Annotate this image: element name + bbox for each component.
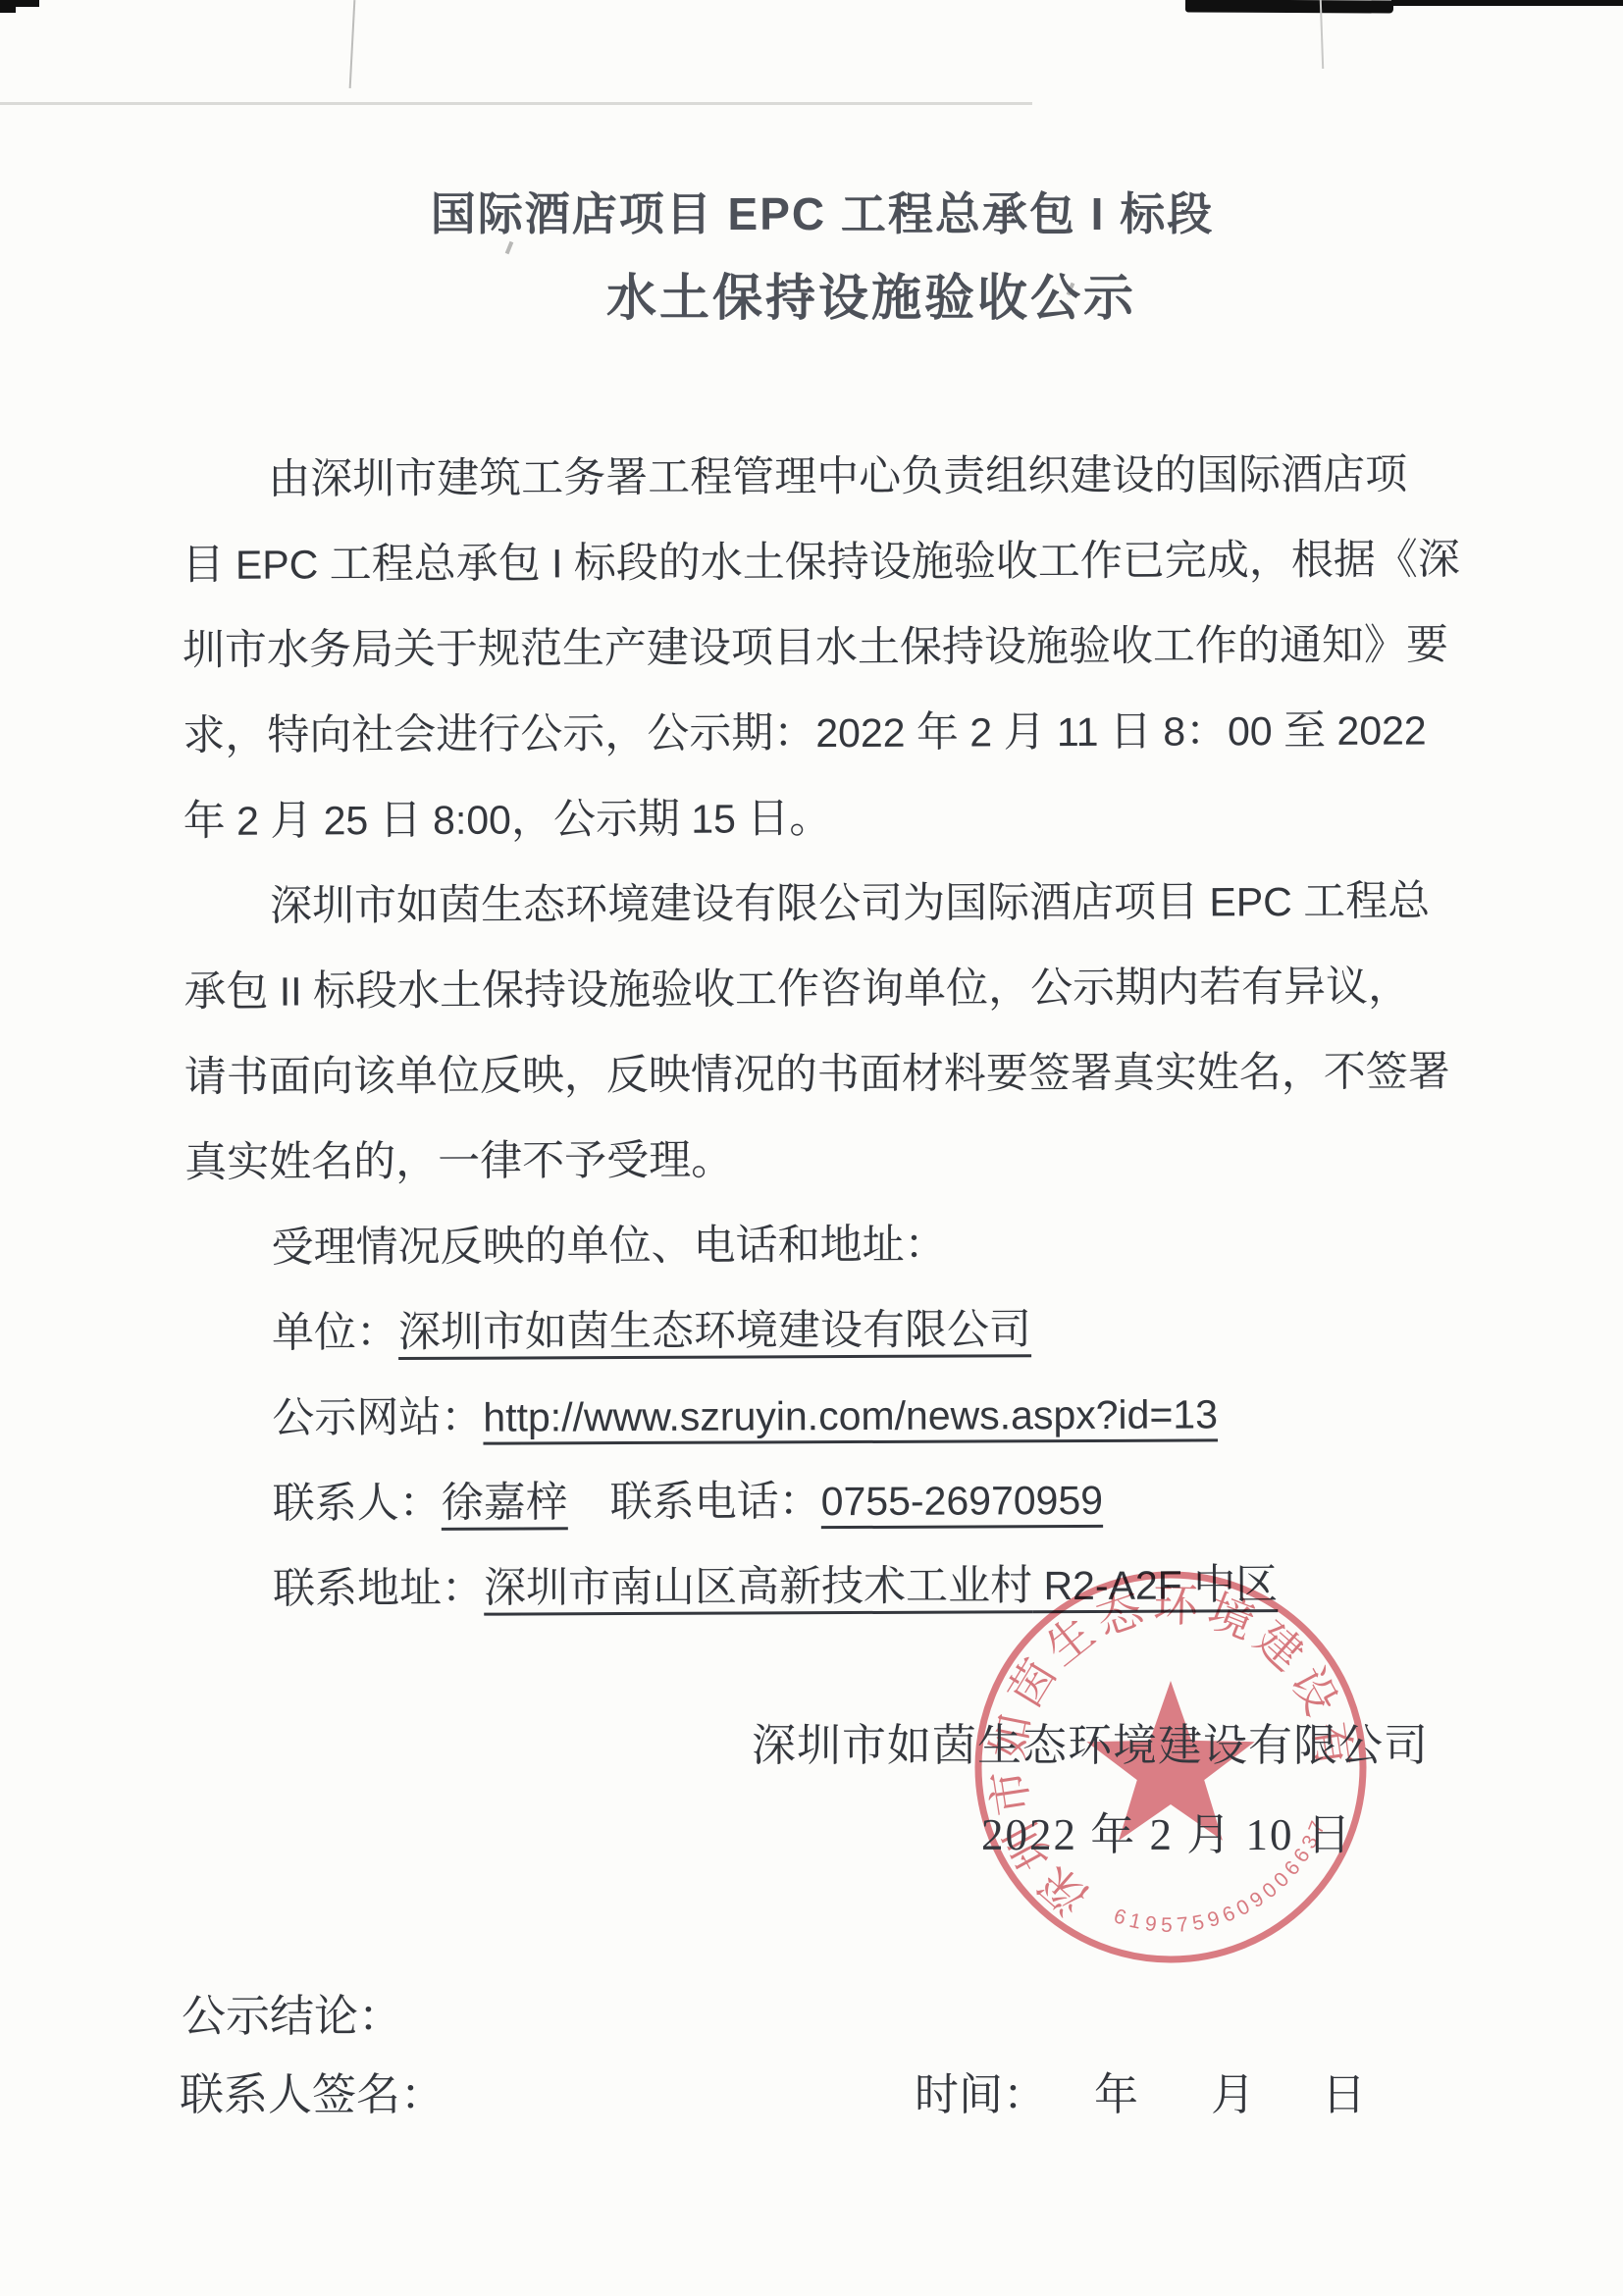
time-unit-month: 月	[1211, 2070, 1255, 2119]
text-segment: 联系地址：	[273, 1566, 484, 1613]
text-segment: 求，特向社会进行公示，公示期：2022 年 2 月 11 日 8：00 至 20…	[183, 707, 1427, 759]
contact-website: 公示网站：http://www.szruyin.com/news.aspx?id…	[185, 1371, 1473, 1462]
time-unit-year: 年	[1094, 2070, 1138, 2119]
scanned-notice-page: 国际酒店项目 EPC 工程总承包 I 标段 水土保持设施验收公示 由深圳市建筑工…	[0, 0, 1623, 2296]
text-segment: 承包 II 标段水土保持设施验收工作咨询单位，公示期内若有异议，	[183, 965, 1410, 1016]
signature-date: 2022 年 2 月 10 日	[981, 1799, 1353, 1862]
scan-gray-line	[0, 102, 1032, 105]
latin-text: 8	[1152, 709, 1185, 755]
conclusion-label: 公示结论：	[182, 1980, 402, 2044]
para1-line4: 求，特向社会进行公示，公示期：2022 年 2 月 11 日 8：00 至 20…	[183, 688, 1470, 779]
latin-text: 0755-26970959	[821, 1478, 1103, 1524]
latin-text: EPC	[224, 542, 329, 587]
scan-artifact-top-left-corner	[0, 0, 16, 13]
latin-text: II	[268, 968, 313, 1014]
para2-line4: 真实姓名的，一律不予受理。	[184, 1115, 1472, 1206]
para2-line2: 承包 II 标段水土保持设施验收工作咨询单位，公示期内若有异议，	[183, 944, 1471, 1035]
latin-text: 00	[1228, 708, 1283, 754]
para1-line3: 圳市水务局关于规范生产建设项目水土保持设施验收工作的通知》要	[183, 602, 1470, 694]
latin-text: 2	[959, 709, 1004, 755]
text-segment: 由深圳市建筑工务署工程管理中心负责组织建设的国际酒店项	[268, 452, 1407, 503]
para1-line5: 年 2 月 25 日 8:00，公示期 15 日。	[183, 773, 1471, 864]
signature-company: 深圳市如茵生态环境建设有限公司	[752, 1709, 1429, 1773]
text-segment: 深圳市如茵生态环境建设有限公司为国际酒店项目 EPC 工程总	[270, 878, 1430, 929]
contact-intro: 受理情况反映的单位、电话和地址：	[184, 1200, 1472, 1291]
text-segment: 真实姓名的，一律不予受理。	[184, 1138, 733, 1186]
signer-label: 联系人签名：	[180, 2059, 445, 2122]
text-segment: 公示网站：	[272, 1395, 483, 1442]
text-segment: 圳市水务局关于规范生产建设项目水土保持设施验收工作的通知》要	[183, 622, 1448, 674]
latin-text: 25	[312, 798, 380, 843]
latin-text: 8:00	[422, 798, 511, 843]
document-body: 由深圳市建筑工务署工程管理中心负责组织建设的国际酒店项目 EPC 工程总承包 I…	[182, 432, 1474, 1633]
text-segment: 受理情况反映的单位、电话和地址：	[272, 1223, 947, 1272]
text-segment: 联系人：	[273, 1481, 442, 1528]
notice-title-line1: 国际酒店项目 EPC 工程总承包 I 标段	[0, 179, 1623, 243]
text-segment: 目 EPC 工程总承包 I 标段的水土保持设施验收工作已完成，根据《深	[182, 537, 1459, 589]
company-name-value: 深圳市如茵生态环境建设有限公司	[398, 1307, 1031, 1356]
para2-line3: 请书面向该单位反映，反映情况的书面材料要签署真实姓名，不签署	[184, 1029, 1472, 1121]
time-unit-day: 日	[1322, 2070, 1366, 2119]
contact-company: 单位：深圳市如茵生态环境建设有限公司	[185, 1285, 1473, 1377]
latin-text: 2022	[815, 710, 916, 756]
time-label: 时间：	[915, 2070, 1047, 2119]
text-segment: 联系电话：	[568, 1479, 821, 1526]
latin-text: 2022	[1326, 707, 1427, 753]
contact-person-value: 徐嘉梓	[442, 1480, 568, 1527]
latin-text: 2	[226, 799, 271, 844]
latin-text: 11	[1045, 709, 1110, 755]
latin-text: http://www.szruyin.com/news.aspx?id=13	[483, 1391, 1218, 1439]
website-url-value: http://www.szruyin.com/news.aspx?id=13	[483, 1391, 1218, 1440]
time-fields: 时间：年月日	[915, 2059, 1366, 2122]
latin-text: 15	[680, 796, 748, 841]
para1-line1: 由深圳市建筑工务署工程管理中心负责组织建设的国际酒店项	[182, 432, 1469, 523]
scan-artifact-top-right-bar	[1391, 0, 1623, 6]
text-segment: 请书面向该单位反映，反映情况的书面材料要签署真实姓名，不签署	[184, 1049, 1450, 1101]
scan-hairline-left	[349, 0, 356, 88]
para1-line2: 目 EPC 工程总承包 I 标段的水土保持设施验收工作已完成，根据《深	[182, 517, 1469, 608]
scan-artifact-top-bar	[1185, 0, 1393, 14]
notice-title-line2: 水土保持设施验收公示	[0, 257, 1623, 330]
contact-phone-value: 0755-26970959	[821, 1478, 1103, 1525]
contact-person: 联系人：徐嘉梓 联系电话：0755-26970959	[186, 1456, 1474, 1547]
text-segment: 单位：	[272, 1310, 398, 1357]
text-segment: 年 2 月 25 日 8:00，公示期 15 日。	[183, 796, 832, 845]
para2-line1: 深圳市如茵生态环境建设有限公司为国际酒店项目 EPC 工程总	[183, 859, 1471, 950]
latin-text: I	[541, 541, 574, 586]
latin-text: EPC	[1198, 879, 1303, 924]
